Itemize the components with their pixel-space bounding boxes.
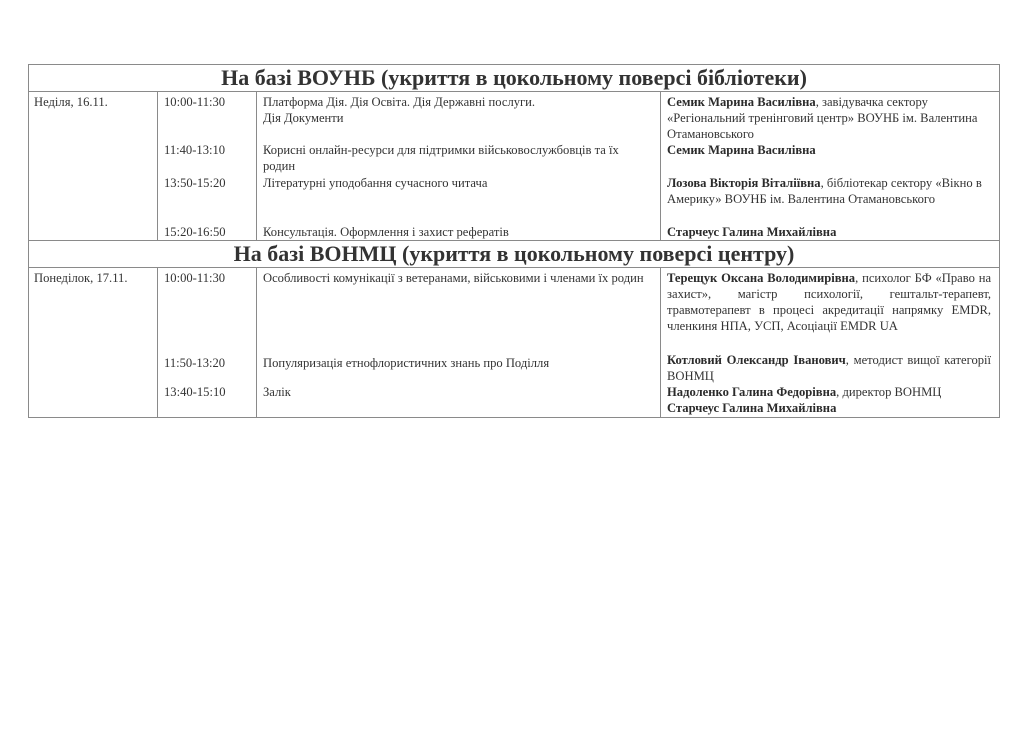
lecturer-name: Старчеус Галина Михайлівна (667, 225, 836, 239)
session-time: 11:40-13:10 (164, 142, 256, 175)
session-topic: Популяризація етнофлористичних знань про… (263, 352, 660, 384)
topic-column: Платформа Дія. Дія Освіта. Дія Державні … (257, 92, 661, 241)
day-label: Понеділок, 17.11. (29, 268, 158, 418)
session-time: 15:20-16:50 (164, 224, 256, 240)
lecturer-name: Старчеус Галина Михайлівна (667, 401, 836, 415)
time-column: 10:00-11:30 11:50-13:20 13:40-15:10 (158, 268, 257, 418)
lecturer-entry: Терещук Оксана Володимирівна, психолог Б… (667, 270, 991, 352)
section-header-vonmc: На базі ВОНМЦ (укриття в цокольному пове… (29, 241, 1000, 268)
lecturer-name: Надоленко Галина Федорівна (667, 385, 836, 399)
session-time: 10:00-11:30 (164, 94, 256, 142)
day-row-sunday: Неділя, 16.11. 10:00-11:30 11:40-13:10 1… (29, 92, 1000, 241)
lecturer-role: , директор ВОНМЦ (836, 385, 941, 399)
day-row-monday: Понеділок, 17.11. 10:00-11:30 11:50-13:2… (29, 268, 1000, 418)
time-column: 10:00-11:30 11:40-13:10 13:50-15:20 15:2… (158, 92, 257, 241)
section-header-vounb: На базі ВОУНБ (укриття в цокольному пове… (29, 65, 1000, 92)
session-time: 11:50-13:20 (164, 352, 256, 384)
lecturer-entry: Семик Марина Василівна, завідувачка сект… (667, 94, 991, 142)
lecturer-entry: Надоленко Галина Федорівна, директор ВОН… (667, 384, 991, 400)
session-time: 10:00-11:30 (164, 270, 256, 352)
lecturer-name: Лозова Вікторія Віталіївна (667, 176, 821, 190)
lecturer-column: Семик Марина Василівна, завідувачка сект… (661, 92, 1000, 241)
section-title: На базі ВОУНБ (укриття в цокольному пове… (29, 65, 1000, 92)
session-topic: Особливості комунікації з ветеранами, ві… (263, 270, 660, 352)
lecturer-entry: Лозова Вікторія Віталіївна, бібліотекар … (667, 175, 991, 224)
session-topic: Літературні уподобання сучасного читача (263, 175, 660, 224)
lecturer-column: Терещук Оксана Володимирівна, психолог Б… (661, 268, 1000, 418)
lecturer-entry: Котловий Олександр Іванович, методист ви… (667, 352, 991, 384)
schedule-table: На базі ВОУНБ (укриття в цокольному пове… (28, 64, 1000, 418)
topic-column: Особливості комунікації з ветеранами, ві… (257, 268, 661, 418)
session-topic: Залік (263, 384, 660, 416)
session-topic: Консультація. Оформлення і захист рефера… (263, 224, 660, 240)
lecturer-name: Семик Марина Василівна (667, 95, 816, 109)
session-topic: Корисні онлайн-ресурси для підтримки вій… (263, 142, 660, 175)
session-time: 13:50-15:20 (164, 175, 256, 224)
lecturer-name: Семик Марина Василівна (667, 143, 816, 157)
session-topic: Платформа Дія. Дія Освіта. Дія Державні … (263, 94, 660, 142)
lecturer-entry: Старчеус Галина Михайлівна (667, 400, 991, 417)
lecturer-entry: Старчеус Галина Михайлівна (667, 224, 991, 240)
lecturer-name: Котловий Олександр Іванович (667, 353, 846, 367)
lecturer-entry: Семик Марина Василівна (667, 142, 991, 175)
section-title: На базі ВОНМЦ (укриття в цокольному пове… (29, 241, 1000, 268)
session-time: 13:40-15:10 (164, 384, 256, 416)
day-label: Неділя, 16.11. (29, 92, 158, 241)
lecturer-name: Терещук Оксана Володимирівна (667, 271, 855, 285)
